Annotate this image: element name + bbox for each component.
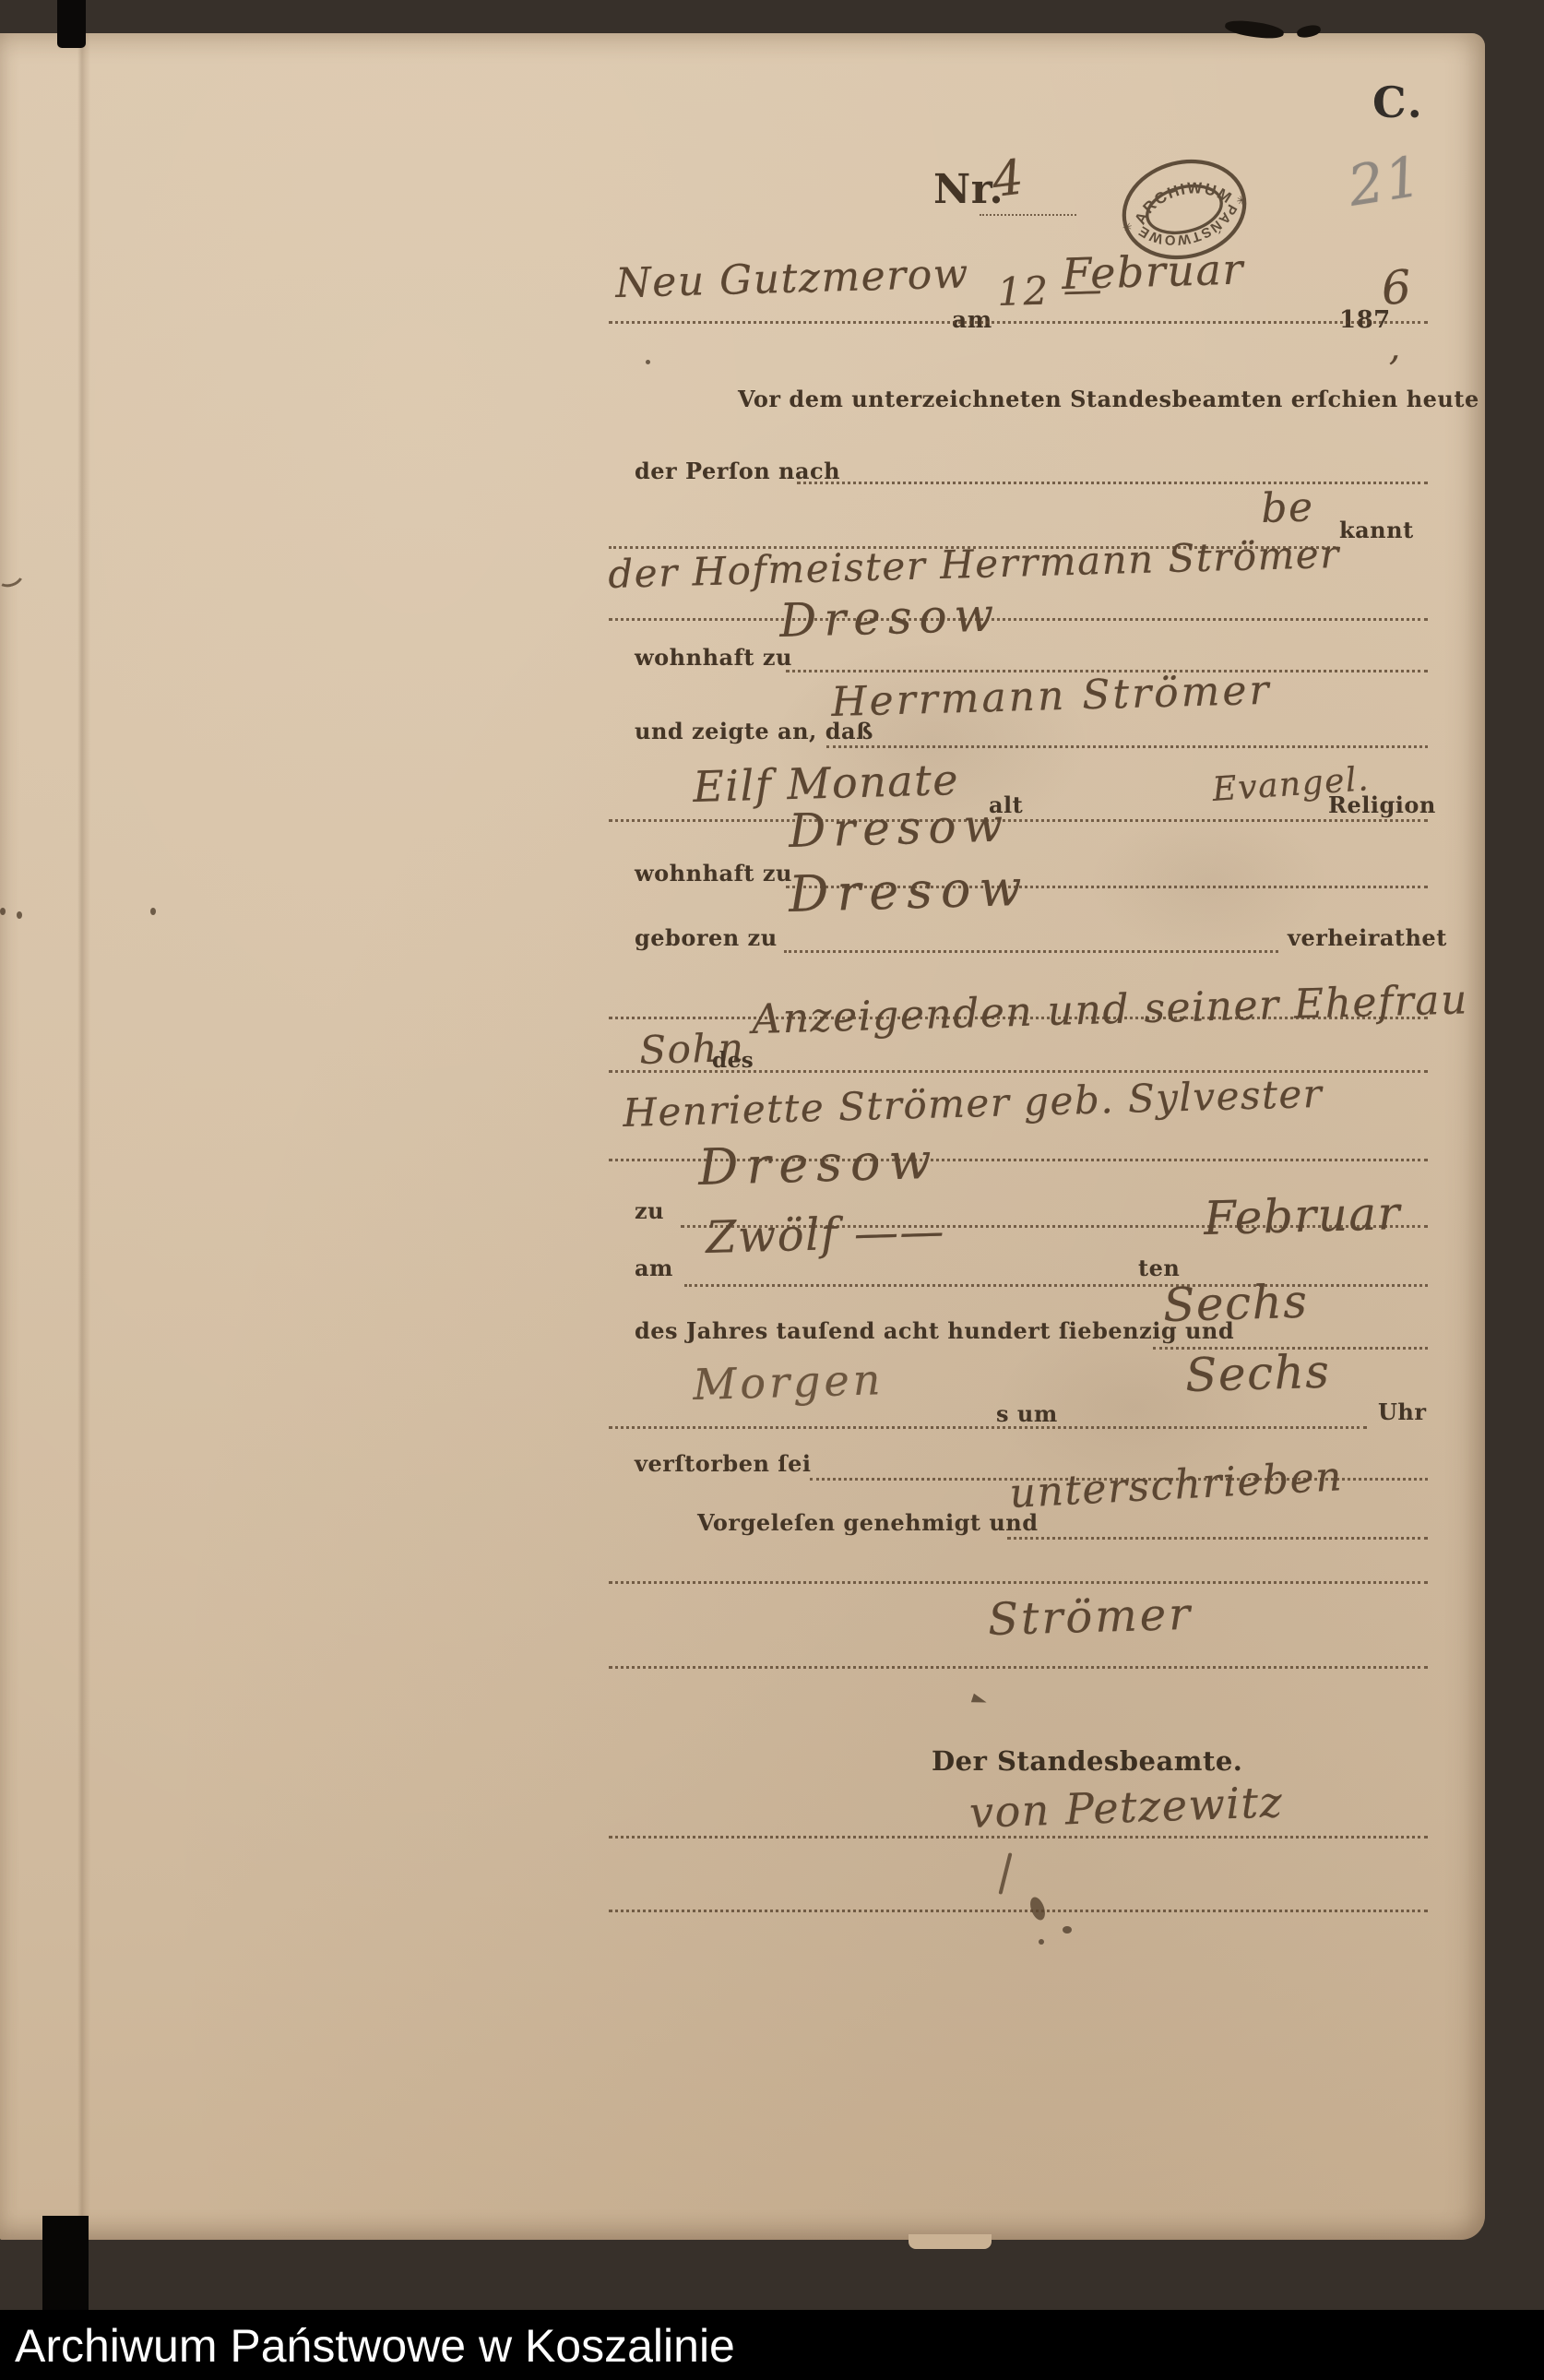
entry-month: Februar xyxy=(1061,244,1244,299)
entry-year-comma: , xyxy=(1388,327,1402,369)
entry-death-day: Zwölf —— xyxy=(705,1206,945,1264)
record-number-value: 4 xyxy=(990,149,1028,208)
label-s-um: s um xyxy=(996,1400,1058,1427)
ink-mark xyxy=(1063,1926,1072,1934)
entry-residence-1: Dresow xyxy=(778,588,1002,648)
entry-death-year: Sechs xyxy=(1162,1275,1309,1332)
entry-birthplace: Dresow xyxy=(788,859,1030,923)
ink-mark xyxy=(1039,1939,1044,1945)
ink-mark xyxy=(0,908,6,915)
entry-residence-2: Dresow xyxy=(788,798,1011,858)
label-zu: zu xyxy=(635,1197,664,1224)
label-uhr: Uhr xyxy=(1378,1398,1427,1425)
entry-death-month: Februar xyxy=(1203,1186,1401,1245)
label-des: des xyxy=(712,1048,754,1073)
dotted-rule xyxy=(609,1666,1428,1669)
dotted-rule xyxy=(826,745,1428,748)
binding-crease xyxy=(77,33,90,2240)
entry-place: Neu Gutzmerow xyxy=(615,250,970,307)
intro-sentence: Vor dem unterzeichneten Standesbeamten e… xyxy=(738,386,1479,412)
label-geboren-zu: geboren zu xyxy=(635,924,778,951)
dotted-rule xyxy=(609,819,1428,822)
dotted-rule xyxy=(609,1910,1428,1912)
entry-parents: Anzeigenden und seiner Ehefrau xyxy=(752,976,1469,1043)
entry-death-place: Dresow xyxy=(697,1132,940,1196)
dotted-rule xyxy=(609,321,1428,324)
entry-be: be xyxy=(1261,483,1315,532)
ink-mark xyxy=(1027,1895,1048,1922)
dotted-rule xyxy=(980,214,1076,216)
ink-mark xyxy=(150,908,156,915)
ink-mark xyxy=(646,360,650,364)
signature-declarant: Strömer xyxy=(987,1589,1193,1646)
dotted-rule xyxy=(797,482,1428,484)
stamp-star-left: ✳ xyxy=(1121,220,1134,235)
label-wohnhaft-zu-2: wohnhaft zu xyxy=(635,860,792,887)
entry-year-digit: 6 xyxy=(1380,260,1414,315)
dotted-rule xyxy=(609,1581,1428,1584)
archive-caption-bar: Archiwum Państwowe w Koszalinie xyxy=(0,2310,1544,2380)
stamp-star-right: ✳ xyxy=(1235,194,1248,209)
binding-strip-top xyxy=(57,0,86,48)
entry-mother-name: Henriette Strömer geb. Sylvester xyxy=(623,1071,1324,1136)
label-am: am xyxy=(952,306,992,333)
dotted-rule xyxy=(684,1284,1428,1287)
dotted-rule xyxy=(609,1426,1367,1429)
entry-deceased-name: Herrmann Strömer xyxy=(831,667,1272,726)
label-ten: ten xyxy=(1138,1255,1180,1281)
entry-daytime: Morgen xyxy=(692,1354,885,1410)
label-religion: Religion xyxy=(1328,791,1436,818)
registrar-heading: Der Standesbeamte. xyxy=(932,1745,1242,1777)
label-kannt: kannt xyxy=(1339,517,1414,543)
label-person-nach: der Perſon nach xyxy=(635,458,840,484)
label-verstorben-sei: verſtorben ſei xyxy=(635,1450,812,1477)
document-page: C. 21 Nr. 4 ARCHIWUM PAŃSTWOWE ✳ ✳ Neu G… xyxy=(0,33,1485,2240)
label-verheirathet: verheirathet xyxy=(1288,924,1447,951)
archive-caption-text: Archiwum Państwowe w Koszalinie xyxy=(15,2310,735,2380)
label-am-2: am xyxy=(635,1255,673,1281)
entry-hour: Sechs xyxy=(1184,1345,1331,1402)
ink-mark xyxy=(971,1694,988,1707)
page-edge-bump xyxy=(909,2234,992,2249)
ink-mark xyxy=(0,559,27,591)
label-vorgelesen: Vorgeleſen genehmigt und xyxy=(697,1509,1039,1536)
dotted-rule xyxy=(1007,1537,1428,1540)
pencil-folio-number: 21 xyxy=(1344,144,1427,220)
ink-mark xyxy=(17,911,22,919)
entry-declarant-name: der Hofmeister Herrmann Strömer xyxy=(608,531,1341,597)
label-year-words: des Jahres tauſend acht hundert ſiebenzi… xyxy=(635,1317,1234,1344)
ink-mark xyxy=(998,1852,1012,1895)
label-wohnhaft-zu-1: wohnhaft zu xyxy=(635,644,792,671)
dotted-rule xyxy=(784,950,1278,953)
corner-letter: C. xyxy=(1372,77,1424,127)
dotted-rule xyxy=(609,1836,1428,1839)
scanned-register-photo: C. 21 Nr. 4 ARCHIWUM PAŃSTWOWE ✳ ✳ Neu G… xyxy=(0,0,1544,2380)
dotted-rule xyxy=(609,618,1428,621)
binding-strip-bottom xyxy=(42,2216,89,2312)
signature-registrar: von Petzewitz xyxy=(968,1777,1284,1838)
entry-unterschrieben: unterschrieben xyxy=(1008,1453,1344,1517)
